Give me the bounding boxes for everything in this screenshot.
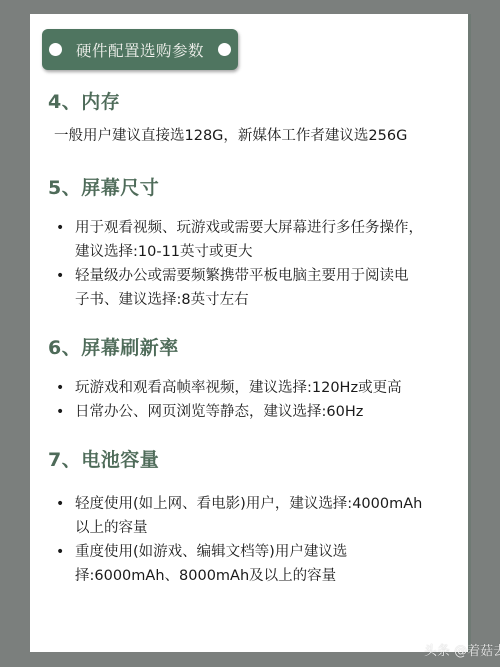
section-heading: 7、电池容量: [48, 448, 454, 472]
bullet-icon: •: [56, 264, 64, 288]
bullet-icon: •: [56, 216, 64, 240]
bullet-list: • 用于观看视频、玩游戏或需要大屏幕进行多任务操作， 建议选择:10-11英寸或…: [48, 216, 454, 312]
section-heading: 5、屏幕尺寸: [48, 176, 454, 200]
bullet-icon: •: [56, 540, 64, 564]
list-item: • 玩游戏和观看高帧率视频，建议选择:120Hz或更高: [48, 376, 454, 400]
document-card: 硬件配置选购参数 4、内存 一般用户建议直接选128G，新媒体工作者建议选256…: [30, 14, 468, 652]
section-text: 一般用户建议直接选128G，新媒体工作者建议选256G: [54, 124, 407, 148]
watermark: 头条 @着菇去: [424, 640, 500, 659]
section-screen-size: 5、屏幕尺寸 • 用于观看视频、玩游戏或需要大屏幕进行多任务操作， 建议选择:1…: [48, 176, 454, 200]
bullet-icon: •: [56, 376, 64, 400]
list-item: • 用于观看视频、玩游戏或需要大屏幕进行多任务操作， 建议选择:10-11英寸或…: [48, 216, 454, 264]
bullet-icon: •: [56, 492, 64, 516]
list-item: • 日常办公、网页浏览等静态，建议选择:60Hz: [48, 400, 454, 424]
section-refresh-rate: 6、屏幕刷新率 • 玩游戏和观看高帧率视频，建议选择:120Hz或更高 • 日常…: [48, 336, 454, 360]
badge-dot-right-icon: [218, 43, 231, 56]
badge-dot-left-icon: [49, 43, 62, 56]
title-badge: 硬件配置选购参数: [42, 29, 238, 70]
bullet-list: • 玩游戏和观看高帧率视频，建议选择:120Hz或更高 • 日常办公、网页浏览等…: [48, 376, 454, 424]
list-item: • 重度使用(如游戏、编辑文档等)用户建议选 择:6000mAh、8000mAh…: [48, 540, 454, 588]
badge-title: 硬件配置选购参数: [76, 39, 204, 61]
list-item: • 轻度使用(如上网、看电影)用户，建议选择:4000mAh 以上的容量: [48, 492, 454, 540]
list-item: • 轻量级办公或需要频繁携带平板电脑主要用于阅读电 子书、建议选择:8英寸左右: [48, 264, 454, 312]
section-battery: 7、电池容量 • 轻度使用(如上网、看电影)用户，建议选择:4000mAh 以上…: [48, 448, 454, 472]
bullet-list: • 轻度使用(如上网、看电影)用户，建议选择:4000mAh 以上的容量 • 重…: [48, 492, 454, 588]
card-edge-strip: [468, 14, 471, 652]
section-memory: 4、内存 一般用户建议直接选128G，新媒体工作者建议选256G: [48, 90, 454, 114]
section-heading: 4、内存: [48, 90, 454, 114]
bullet-icon: •: [56, 400, 64, 424]
section-heading: 6、屏幕刷新率: [48, 336, 454, 360]
